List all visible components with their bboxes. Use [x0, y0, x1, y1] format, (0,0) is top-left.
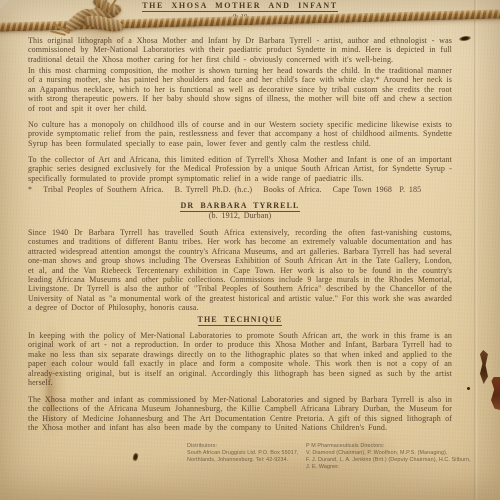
directors-block: P M Pharmaceuticals Directors: V. Diamon…: [306, 443, 500, 471]
distributors-line: Northlands, Johannesburg. Tel: 42-9234.: [187, 457, 305, 464]
vertical-crease: [474, 0, 478, 500]
dark-speck: [467, 387, 470, 390]
footnote-reference: * Tribal Peoples of Southern Africa. B. …: [28, 185, 452, 194]
distributors-block: Distributors: South African Druggists Lt…: [187, 443, 305, 464]
directors-label: P M Pharmaceuticals Directors:: [306, 443, 500, 450]
ink-mark: [132, 453, 139, 462]
directors-line: V. Diamond (Chairman), P. Woolfson, M.P.…: [306, 450, 500, 457]
distributors-label: Distributors:: [187, 443, 305, 450]
section-heading-technique: THE TECHNIQUE: [28, 315, 452, 326]
paper-tear-edge: [491, 377, 500, 410]
knot-twist: [83, 13, 125, 34]
tack-hole: [459, 35, 472, 42]
paper-tear-brown: [480, 350, 488, 384]
distributors-line: South African Druggists Ltd. P.O. Box 55…: [187, 450, 305, 457]
section-subheading-artist: (b. 1912, Durban): [28, 211, 452, 220]
paragraph-artist-bio: Since 1940 Dr Barbara Tyrrell has travel…: [28, 228, 452, 313]
paragraph-syndette: No culture has a monopoly on childhood i…: [28, 120, 452, 148]
paragraph-composition: In this most charming composition, the m…: [28, 66, 452, 113]
directors-line: J. E. Wagner.: [306, 464, 500, 471]
paragraph-technique: In keeping with the policy of Mer-Nation…: [28, 331, 452, 387]
cord-knot: [50, 0, 134, 48]
paragraph-collections: The Xhosa mother and infant as commissio…: [28, 395, 452, 433]
document-back-sheet: THE XHOSA MOTHER AND INFANT (b.19 This o…: [0, 0, 500, 500]
paragraph-collector: To the collector of Art and Africana, th…: [28, 155, 452, 183]
directors-line: F. J. Durand, L. A. Jenkins (Brit.) (Dep…: [306, 457, 500, 464]
